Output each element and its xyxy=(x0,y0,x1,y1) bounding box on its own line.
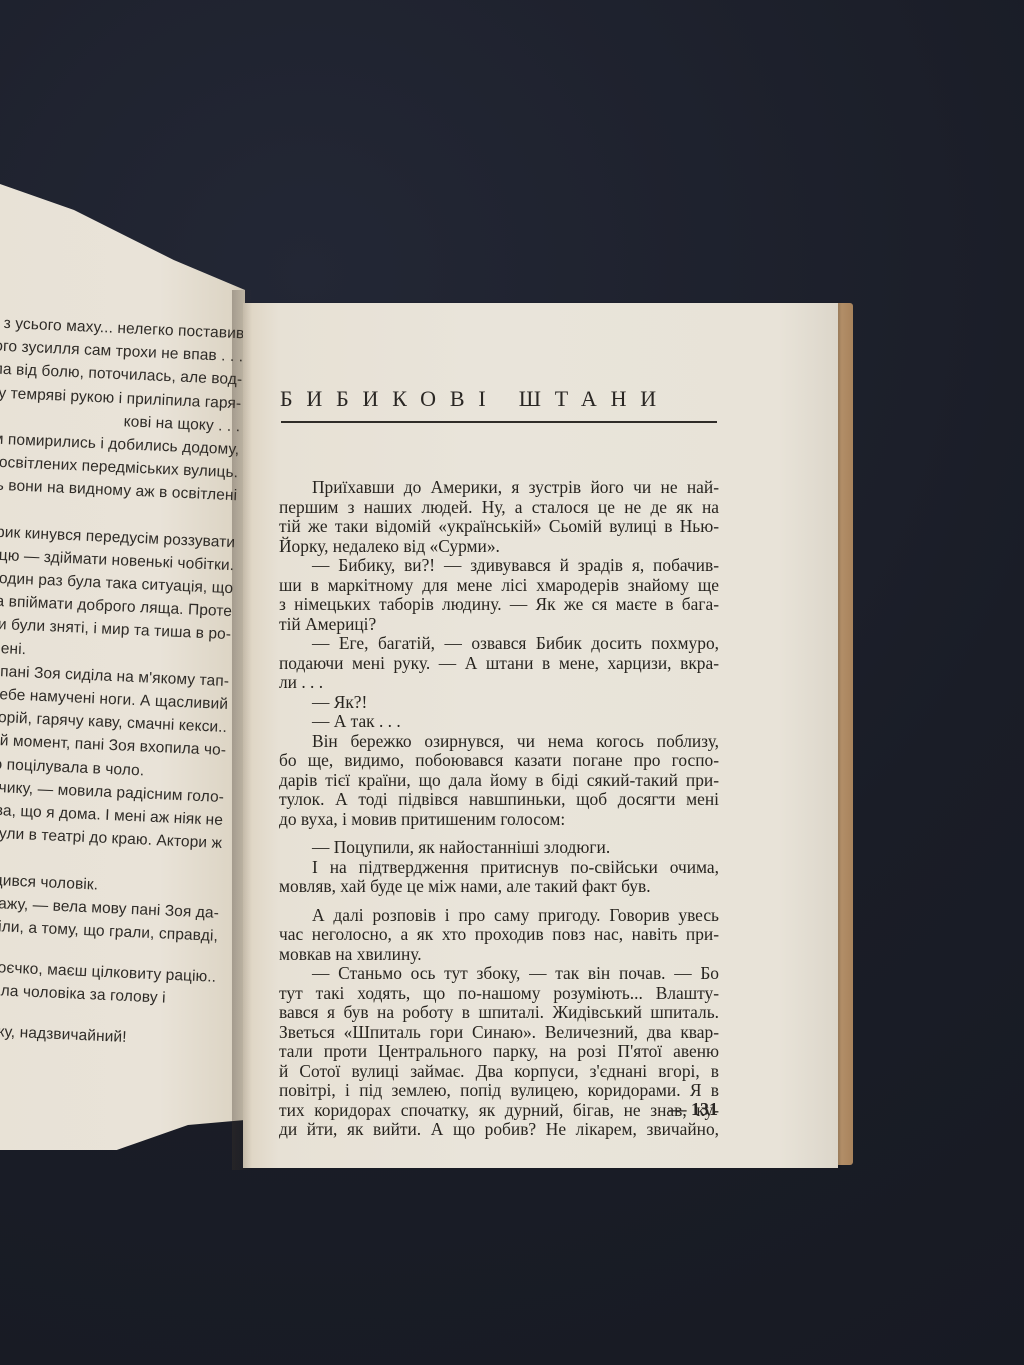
page-number: — 131 xyxy=(638,1099,718,1120)
text-line: — А так . . . xyxy=(279,712,719,732)
text-line: до вуха, і мовив притишеним голосом: xyxy=(279,810,719,830)
text-line: мовляв, хай буде це між нами, але такий … xyxy=(279,877,719,897)
text-line: — Як?! xyxy=(279,693,719,713)
text-line: час неголосно, а як хто проходив повз на… xyxy=(279,925,719,945)
text-line: тій Америці? xyxy=(279,615,719,635)
right-page-body: Приїхавши до Америки, я зустрів його чи … xyxy=(279,478,719,1140)
text-line: Приїхавши до Америки, я зустрів його чи … xyxy=(279,478,719,498)
text-line: тій же таки відомій «українській» Сьомій… xyxy=(279,517,719,537)
text-line: Йорку, недалеко від «Сурми». xyxy=(279,537,719,557)
text-line: подаючи мені руку. — А штани в мене, хар… xyxy=(279,654,719,674)
text-line: ли . . . xyxy=(279,673,719,693)
text-line: ди йти, як вийти. А що робив? Не лікарем… xyxy=(279,1120,719,1140)
text-line: мовкав на хвилину. xyxy=(279,945,719,965)
text-line: бо ще, видимо, побоювався казати погане … xyxy=(279,751,719,771)
text-line: Він бережко озирнувся, чи нема когось по… xyxy=(279,732,719,752)
text-line: І на підтвердження притиснув по-свійськи… xyxy=(279,858,719,878)
text-line: — Станьмо ось тут збоку, — так він почав… xyxy=(279,964,719,984)
text-line: вався я був на роботу в шпиталі. Жидівсь… xyxy=(279,1003,719,1023)
right-page: БИБИКОВІ ШТАНИ Приїхавши до Америки, я з… xyxy=(243,303,838,1168)
book-gutter xyxy=(232,290,252,1170)
left-page-text: — і з усього маху... нелегко поставив ві… xyxy=(0,310,245,1054)
chapter-title: БИБИКОВІ ШТАНИ xyxy=(280,386,765,412)
text-line: дарів тієї країни, що дала йому в біді с… xyxy=(279,771,719,791)
text-line: тулок. А тоді підвівся навшпиньки, щоб д… xyxy=(279,790,719,810)
text-line: — Еге, багатій, — озвався Бибик досить п… xyxy=(279,634,719,654)
text-line: з німецьких таборів людину. — Як же ся м… xyxy=(279,595,719,615)
text-line: ши в маркітному для мене лісі хмародерів… xyxy=(279,576,719,596)
text-line: й Сотої вулиці займає. Два корпуси, з'єд… xyxy=(279,1062,719,1082)
text-line: Зветься «Шпиталь гори Синаю». Величезний… xyxy=(279,1023,719,1043)
text-line: А далі розповів і про саму пригоду. Гово… xyxy=(279,906,719,926)
text-line: тут такі ходять, що по-нашому розуміють.… xyxy=(279,984,719,1004)
photo-scene: — і з усього маху... нелегко поставив ві… xyxy=(0,0,1024,1365)
text-line: повітрі, і під землею, попід вулицею, ко… xyxy=(279,1081,719,1101)
text-line: першим з наших людей. Ну, а сталося це н… xyxy=(279,498,719,518)
text-line: тали проти Центрального парку, на розі П… xyxy=(279,1042,719,1062)
left-page: — і з усього маху... нелегко поставив ві… xyxy=(0,150,245,1150)
title-underline xyxy=(281,421,717,423)
text-line: — Поцупили, як найостанніші злодюги. xyxy=(279,838,719,858)
text-line: — Бибику, ви?! — здивувався й зрадів я, … xyxy=(279,556,719,576)
